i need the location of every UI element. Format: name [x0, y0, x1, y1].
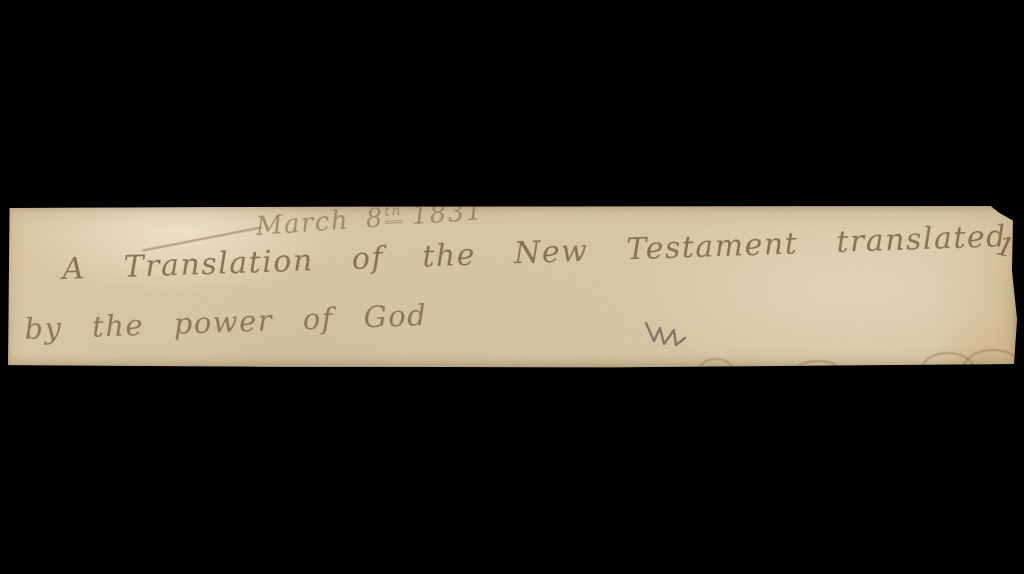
- manuscript-paper: March 8th1831 A Translation of the New T…: [5, 206, 1017, 368]
- date-superscript: th: [384, 203, 403, 224]
- byline: by the power of God: [24, 298, 428, 346]
- cutoff-stroke: [699, 358, 733, 380]
- title-line: A Translation of the New Testament trans…: [62, 219, 1008, 287]
- cutoff-stroke: [963, 349, 1023, 387]
- date-year: 1831: [411, 196, 485, 231]
- date-prefix: March 8: [255, 203, 385, 242]
- photo-backdrop: March 8th1831 A Translation of the New T…: [0, 0, 1024, 574]
- date-line: March 8th1831: [255, 196, 485, 242]
- pencil-scribble-icon: [643, 319, 691, 351]
- cutoff-stroke: [795, 360, 841, 380]
